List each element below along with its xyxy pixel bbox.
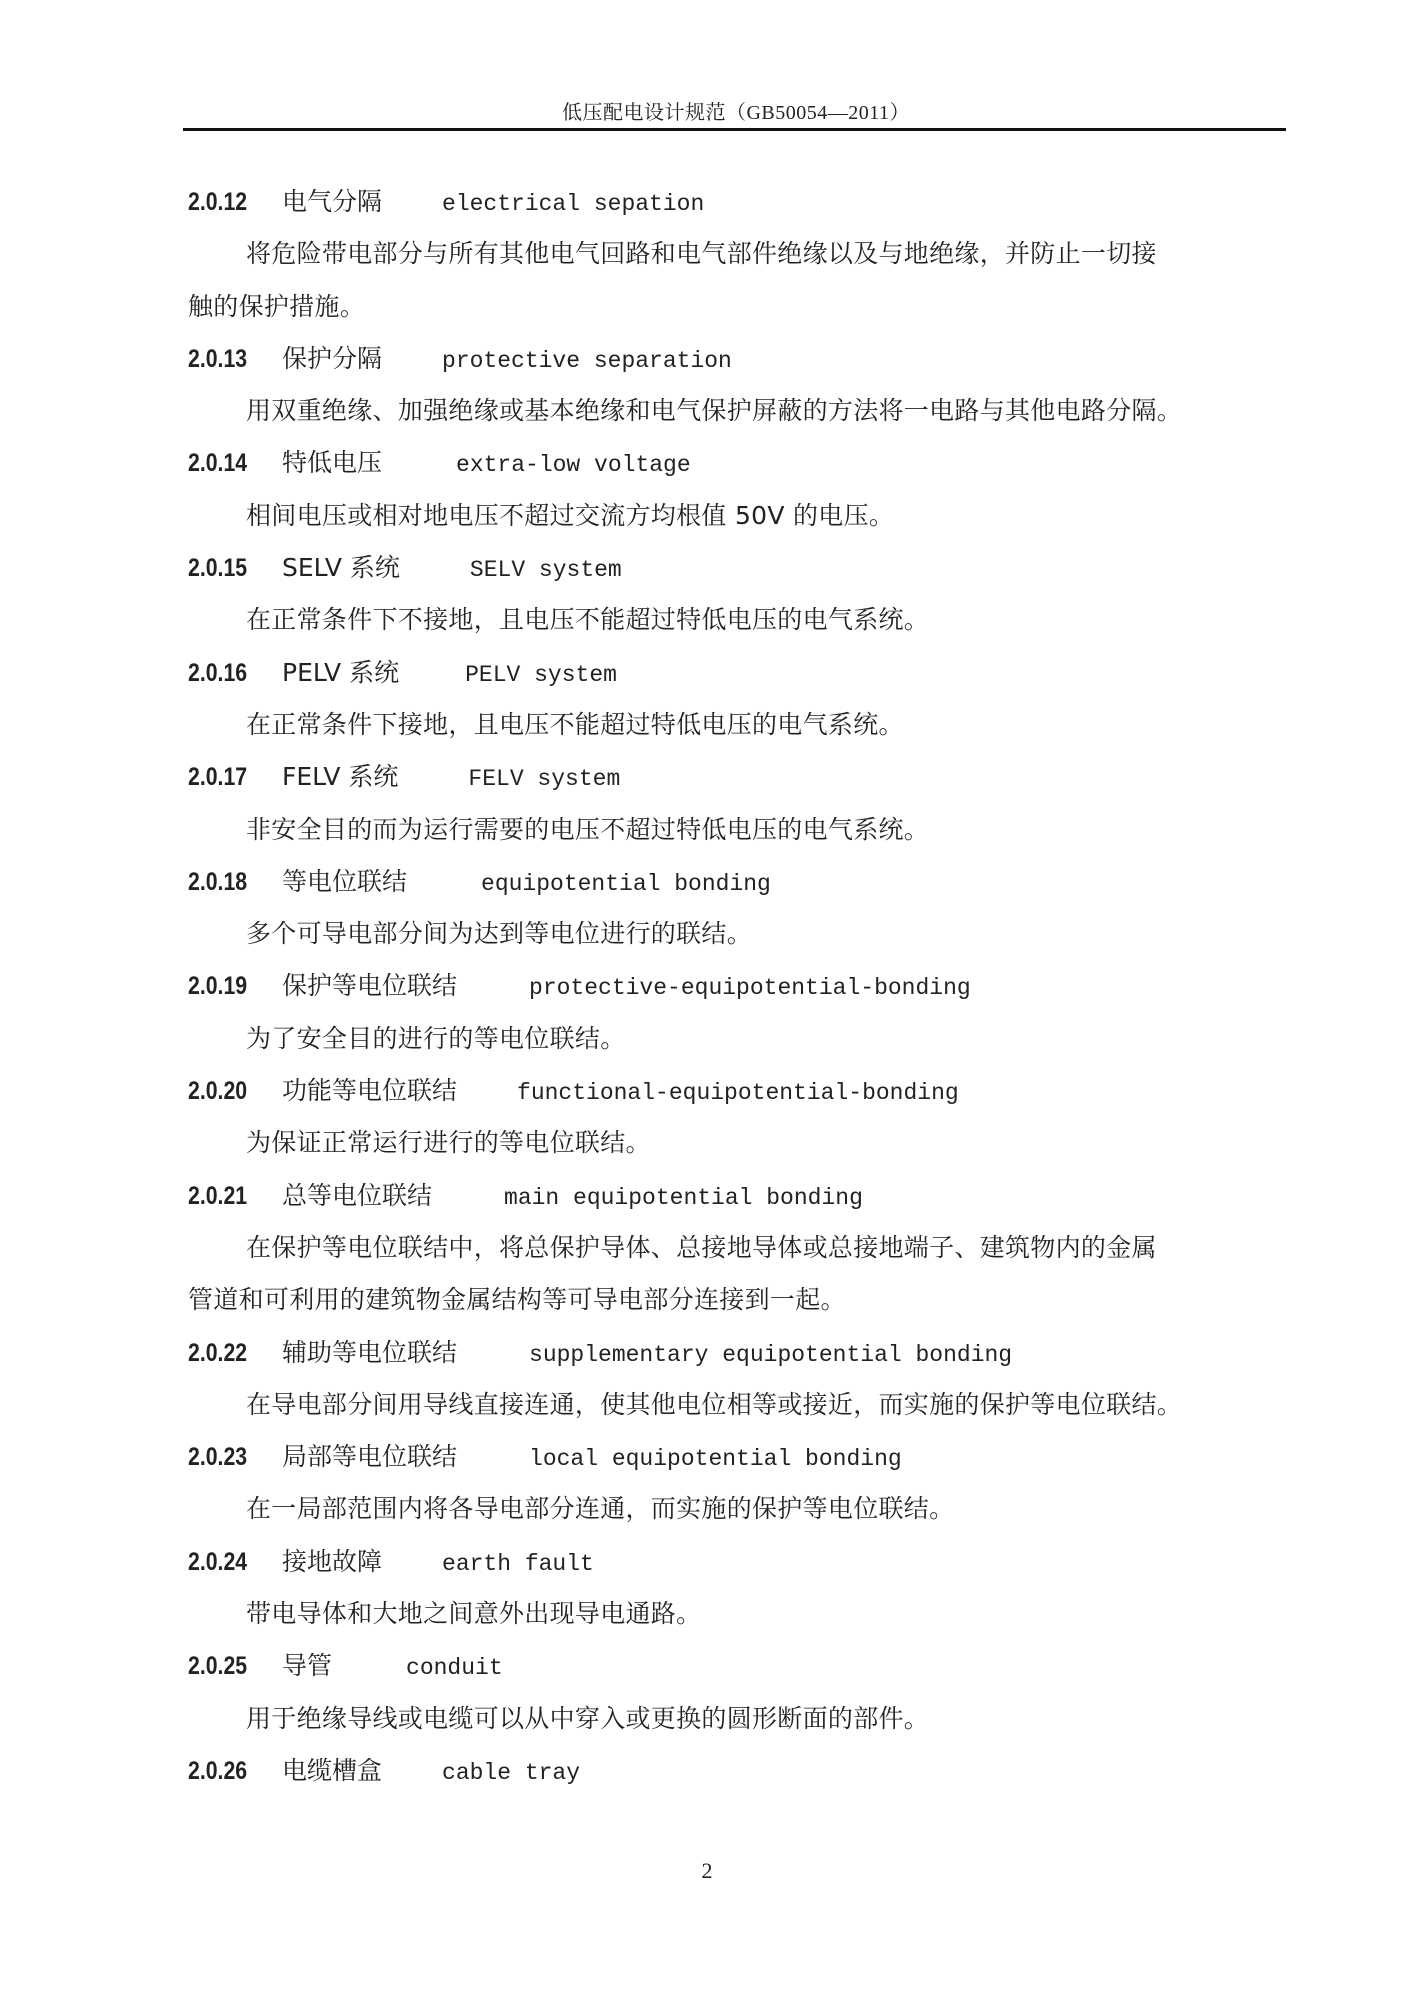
term-number: 2.0.23 <box>188 1435 263 1479</box>
term-english: supplementary equipotential bonding <box>529 1333 1012 1377</box>
term-number: 2.0.25 <box>188 1644 263 1688</box>
term-number: 2.0.18 <box>188 860 263 904</box>
term-number: 2.0.16 <box>188 651 263 695</box>
running-header: 低压配电设计规范（GB50054—2011） <box>186 96 1286 130</box>
term-heading: 2.0.25 导管 conduit <box>188 1644 1288 1696</box>
term-heading: 2.0.20 功能等电位联结 functional-equipotential-… <box>188 1069 1288 1121</box>
term-definition: 为保证正常运行进行的等电位联结。 <box>188 1121 1288 1173</box>
term-chinese: 等电位联结 <box>282 860 407 904</box>
term-chinese: 接地故障 <box>282 1540 382 1584</box>
term-number: 2.0.15 <box>188 546 263 590</box>
term-definition: 多个可导电部分间为达到等电位进行的联结。 <box>188 912 1288 964</box>
term-english: electrical sepation <box>442 182 704 226</box>
term-definition: 用于绝缘导线或电缆可以从中穿入或更换的圆形断面的部件。 <box>188 1697 1288 1749</box>
term-definition-continued: 管道和可利用的建筑物金属结构等可导电部分连接到一起。 <box>188 1278 1288 1330</box>
term-english: functional-equipotential-bonding <box>517 1071 959 1115</box>
term-number: 2.0.19 <box>188 964 263 1008</box>
term-heading: 2.0.24 接地故障 earth fault <box>188 1540 1288 1592</box>
term-chinese: 电气分隔 <box>282 180 382 224</box>
term-definition-continued: 触的保护措施。 <box>188 285 1288 337</box>
term-english: PELV system <box>465 653 617 697</box>
term-definition: 非安全目的而为运行需要的电压不超过特低电压的电气系统。 <box>188 808 1288 860</box>
term-chinese: PELV 系统 <box>282 651 399 695</box>
term-chinese: FELV 系统 <box>282 755 398 799</box>
term-chinese: 功能等电位联结 <box>282 1069 457 1113</box>
term-english: local equipotential bonding <box>529 1437 902 1481</box>
term-number: 2.0.26 <box>188 1749 263 1793</box>
term-english: equipotential bonding <box>481 862 771 906</box>
term-number: 2.0.20 <box>188 1069 263 1113</box>
term-definition: 在导电部分间用导线直接连通，使其他电位相等或接近，而实施的保护等电位联结。 <box>188 1383 1288 1435</box>
term-definition: 将危险带电部分与所有其他电气回路和电气部件绝缘以及与地绝缘，并防止一切接 <box>188 232 1288 284</box>
term-english: conduit <box>406 1646 503 1690</box>
document-body: 2.0.12 电气分隔 electrical sepation 将危险带电部分与… <box>188 180 1288 1801</box>
term-chinese: 导管 <box>282 1644 332 1688</box>
term-chinese: SELV 系统 <box>282 546 400 590</box>
term-definition: 在保护等电位联结中，将总保护导体、总接地导体或总接地端子、建筑物内的金属 <box>188 1226 1288 1278</box>
term-heading: 2.0.18 等电位联结 equipotential bonding <box>188 860 1288 912</box>
term-number: 2.0.22 <box>188 1331 263 1375</box>
term-definition: 带电导体和大地之间意外出现导电通路。 <box>188 1592 1288 1644</box>
term-english: SELV system <box>470 548 622 592</box>
term-heading: 2.0.23 局部等电位联结 local equipotential bondi… <box>188 1435 1288 1487</box>
term-number: 2.0.12 <box>188 180 263 224</box>
term-chinese: 特低电压 <box>282 441 382 485</box>
term-heading: 2.0.14 特低电压 extra-low voltage <box>188 441 1288 493</box>
header-divider <box>183 128 1286 131</box>
term-number: 2.0.14 <box>188 441 263 485</box>
term-number: 2.0.24 <box>188 1540 263 1584</box>
term-heading: 2.0.15 SELV 系统 SELV system <box>188 546 1288 598</box>
term-heading: 2.0.21 总等电位联结 main equipotential bonding <box>188 1174 1288 1226</box>
page-number: 2 <box>0 1858 1414 1884</box>
term-heading: 2.0.12 电气分隔 electrical sepation <box>188 180 1288 232</box>
term-chinese: 保护分隔 <box>282 337 382 381</box>
term-heading: 2.0.16 PELV 系统 PELV system <box>188 651 1288 703</box>
term-heading: 2.0.26 电缆槽盒 cable tray <box>188 1749 1288 1801</box>
term-english: earth fault <box>442 1542 594 1586</box>
term-definition: 在正常条件下不接地，且电压不能超过特低电压的电气系统。 <box>188 598 1288 650</box>
term-number: 2.0.17 <box>188 755 263 799</box>
term-english: extra-low voltage <box>456 443 691 487</box>
term-english: protective-equipotential-bonding <box>529 966 971 1010</box>
term-definition: 在一局部范围内将各导电部分连通，而实施的保护等电位联结。 <box>188 1487 1288 1539</box>
term-english: protective separation <box>442 339 732 383</box>
term-english: cable tray <box>442 1751 580 1795</box>
term-chinese: 局部等电位联结 <box>282 1435 457 1479</box>
term-chinese: 总等电位联结 <box>282 1174 432 1218</box>
term-english: main equipotential bonding <box>504 1176 863 1220</box>
term-heading: 2.0.22 辅助等电位联结 supplementary equipotenti… <box>188 1331 1288 1383</box>
term-number: 2.0.13 <box>188 337 263 381</box>
term-chinese: 辅助等电位联结 <box>282 1331 457 1375</box>
term-chinese: 保护等电位联结 <box>282 964 457 1008</box>
term-definition: 用双重绝缘、加强绝缘或基本绝缘和电气保护屏蔽的方法将一电路与其他电路分隔。 <box>188 389 1288 441</box>
term-heading: 2.0.13 保护分隔 protective separation <box>188 337 1288 389</box>
term-chinese: 电缆槽盒 <box>282 1749 382 1793</box>
term-english: FELV system <box>468 757 620 801</box>
term-definition: 为了安全目的进行的等电位联结。 <box>188 1017 1288 1069</box>
term-definition: 在正常条件下接地，且电压不能超过特低电压的电气系统。 <box>188 703 1288 755</box>
term-heading: 2.0.19 保护等电位联结 protective-equipotential-… <box>188 964 1288 1016</box>
term-definition: 相间电压或相对地电压不超过交流方均根值 50V 的电压。 <box>188 494 1288 546</box>
term-number: 2.0.21 <box>188 1174 263 1218</box>
term-heading: 2.0.17 FELV 系统 FELV system <box>188 755 1288 807</box>
